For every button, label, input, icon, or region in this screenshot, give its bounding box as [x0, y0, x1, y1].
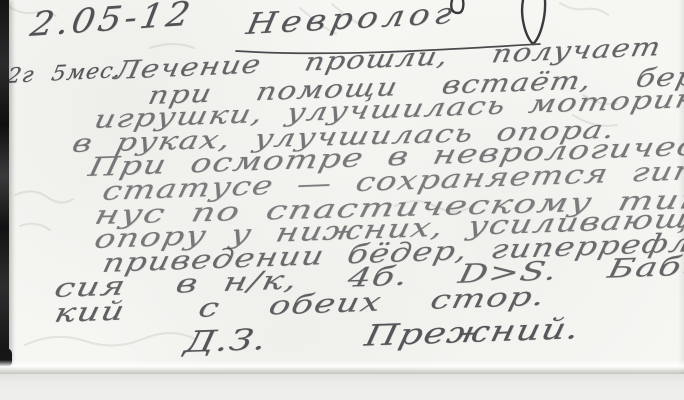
- left-scan-edge-shadow: [0, 0, 9, 366]
- page-bottom-edge-shadow: [0, 360, 684, 374]
- scanned-handwritten-note-page: 2.05-12 Невролог 2г 5мес. Лечение прошли…: [0, 0, 684, 400]
- scanner-bed-strip: [0, 374, 684, 400]
